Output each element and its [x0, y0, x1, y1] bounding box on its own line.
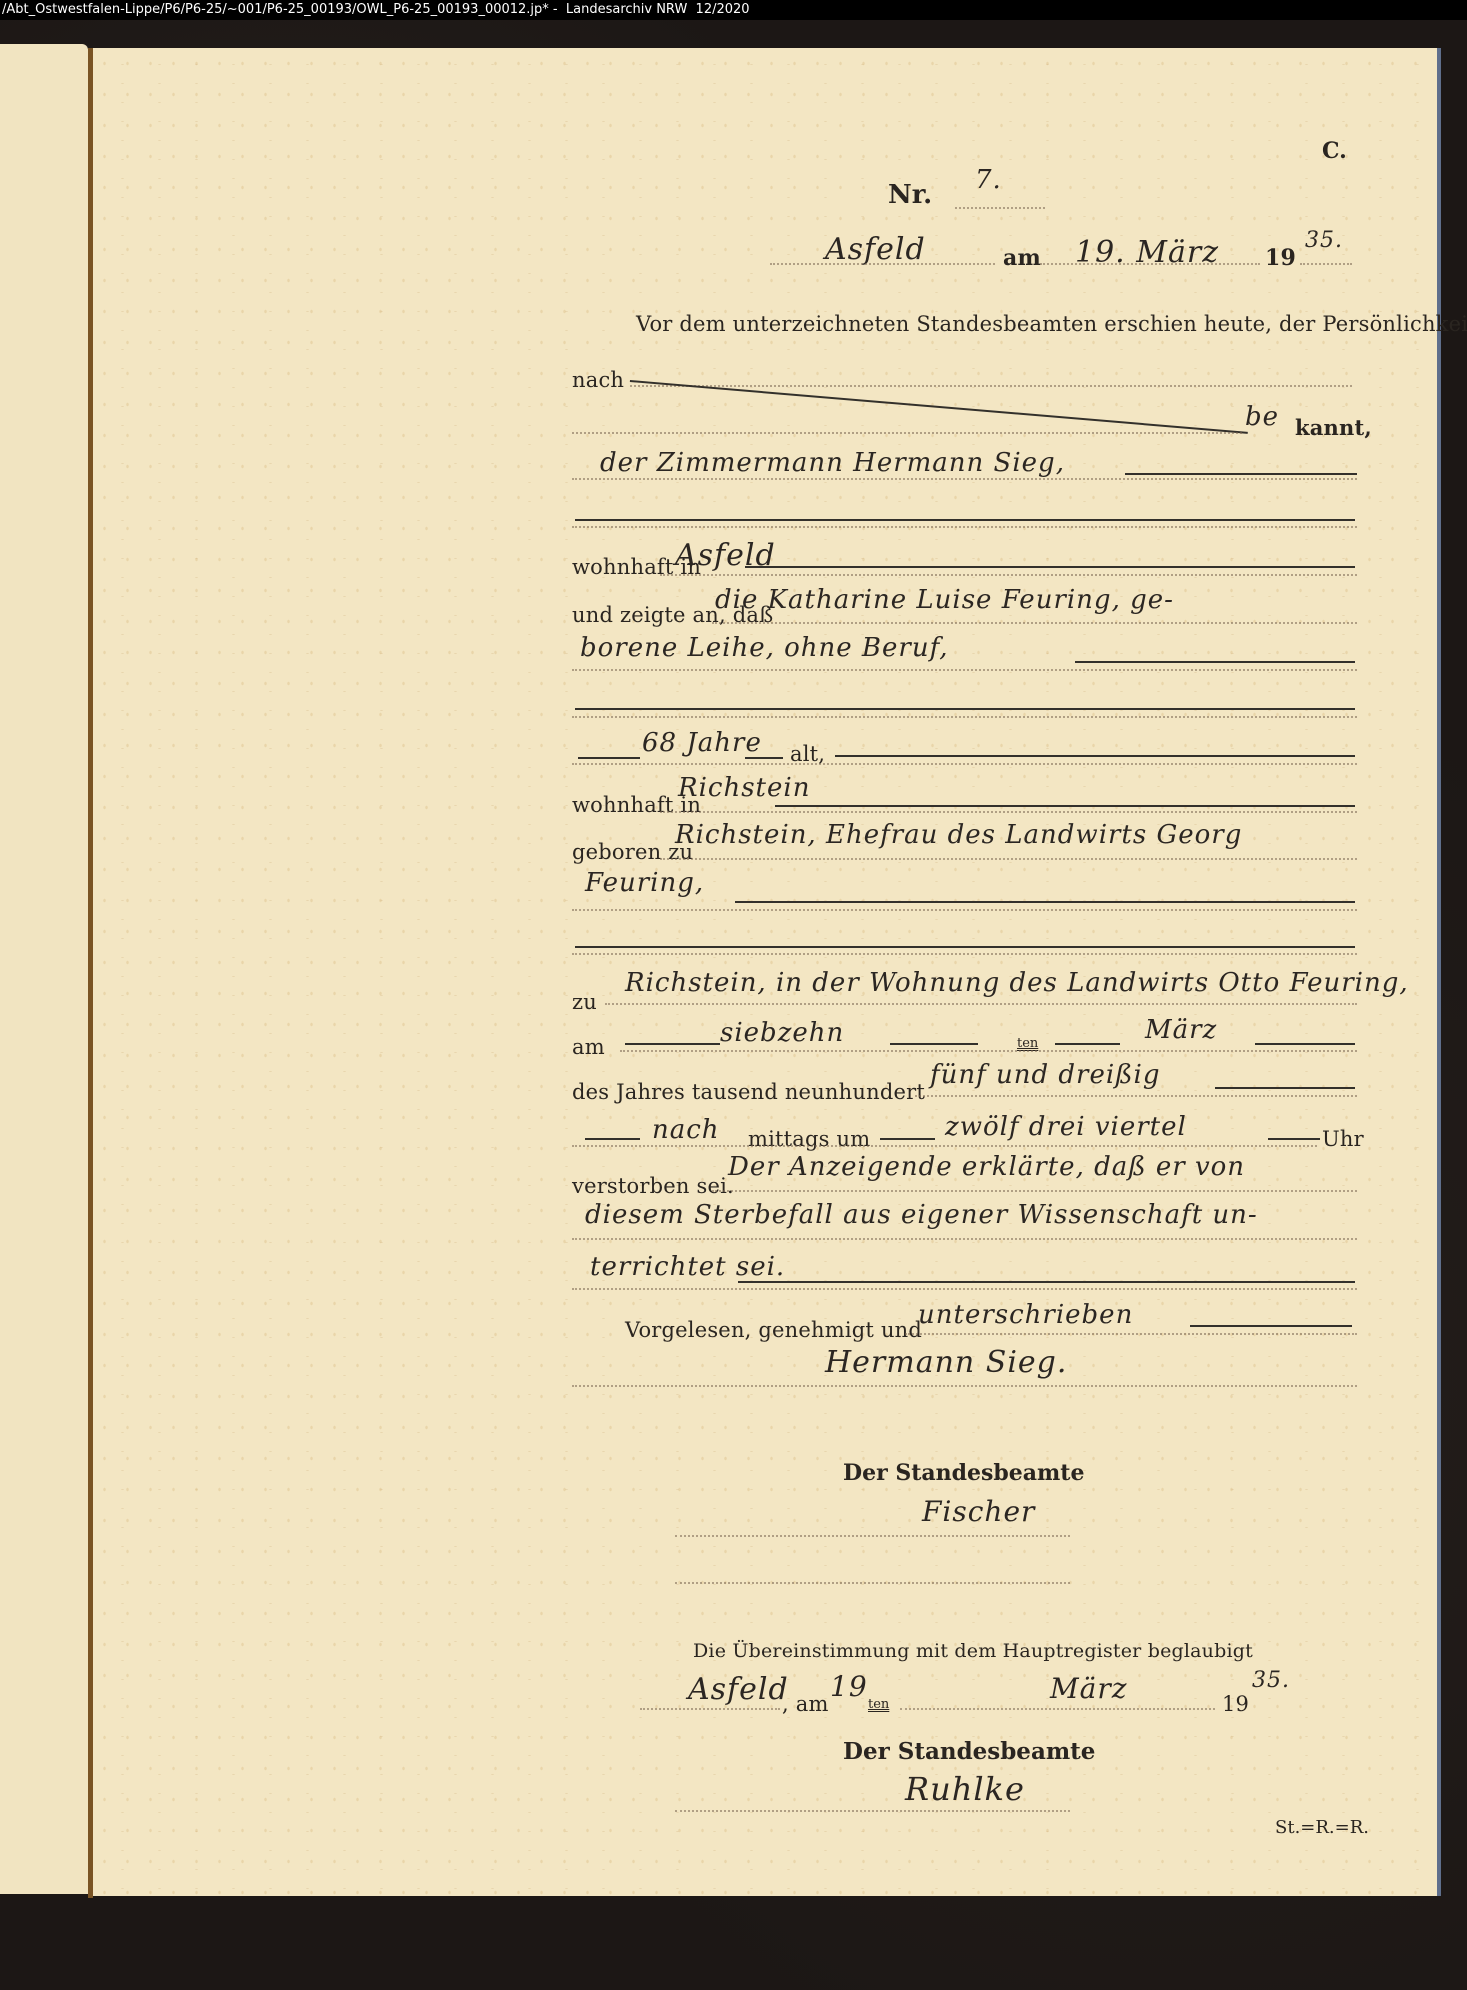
- fill-rule: [1255, 1043, 1355, 1045]
- cert-year-suffix: 35.: [1252, 1668, 1290, 1693]
- deceased-line-2: borene Leihe, ohne Beruf,: [580, 633, 949, 663]
- dotted-line: [605, 1003, 1357, 1005]
- nr-dotted-line: [955, 207, 1045, 209]
- dotted-line: [660, 811, 1357, 813]
- fill-rule: [625, 1043, 720, 1045]
- dotted-line: [572, 432, 1242, 434]
- unterschrieben-handwritten: unterschrieben: [918, 1300, 1133, 1330]
- jahres-label: des Jahres tausend neunhundert: [572, 1080, 925, 1104]
- dotted-line: [572, 526, 1357, 528]
- dotted-line: [712, 1190, 1357, 1192]
- dotted-line: [675, 1582, 1070, 1584]
- ten-label: ten: [1017, 1036, 1038, 1051]
- fill-rule: [1268, 1138, 1320, 1140]
- birth-line-2: Feuring,: [585, 868, 704, 898]
- fill-rule: [1190, 1325, 1352, 1327]
- be-handwritten: be: [1245, 402, 1279, 432]
- verstorben-label: verstorben sei.: [572, 1174, 734, 1198]
- registrar-signature: Fischer: [922, 1495, 1035, 1528]
- fill-rule: [890, 1043, 978, 1045]
- informant-signature: Hermann Sieg.: [825, 1345, 1067, 1380]
- vor-nach-handwritten: nach: [652, 1115, 720, 1145]
- certification-text: Die Übereinstimmung mit dem Hauptregiste…: [693, 1640, 1253, 1662]
- footer-code: St.=R.=R.: [1275, 1817, 1369, 1838]
- fill-rule: [835, 755, 1355, 757]
- registry-place: Asfeld: [825, 232, 926, 267]
- uhr-label: Uhr: [1322, 1127, 1364, 1151]
- death-month: März: [1145, 1015, 1217, 1045]
- dotted-line: [660, 574, 1357, 576]
- cert-day: 19: [830, 1670, 868, 1703]
- dotted-line: [712, 622, 1357, 624]
- deceased-residence: Richstein: [678, 773, 810, 803]
- nach-label: nach: [572, 368, 624, 392]
- dotted-line: [915, 1095, 1357, 1097]
- statement-line-3: terrichtet sei.: [590, 1252, 785, 1282]
- zu-label: zu: [572, 990, 597, 1014]
- dotted-line: [572, 1288, 1357, 1290]
- dotted-line: [572, 1385, 1357, 1387]
- cert-signature: Ruhlke: [905, 1770, 1025, 1808]
- death-time: zwölf drei viertel: [945, 1112, 1187, 1142]
- dotted-line: [630, 385, 1352, 387]
- dotted-line: [900, 1708, 1215, 1710]
- vorgelesen-label: Vorgelesen, genehmigt und: [625, 1318, 922, 1342]
- fill-rule: [575, 519, 1355, 521]
- facing-page-edge: [0, 44, 88, 1894]
- fill-rule: [775, 805, 1355, 807]
- fill-rule: [1125, 473, 1357, 475]
- statement-line-1: Der Anzeigende erklärte, daß er von: [728, 1152, 1245, 1182]
- cert-year-prefix: 19: [1222, 1692, 1249, 1716]
- fill-rule: [575, 946, 1355, 948]
- entry-number: 7.: [975, 165, 1002, 195]
- statement-line-2: diesem Sterbefall aus eigener Wissenscha…: [585, 1200, 1258, 1230]
- dotted-line: [905, 1333, 1357, 1335]
- fill-rule: [575, 708, 1355, 710]
- form-code: C.: [1322, 138, 1347, 164]
- dotted-line: [675, 1535, 1070, 1537]
- informant-name: der Zimmermann Hermann Sieg,: [600, 448, 1065, 478]
- birth-line-1: Richstein, Ehefrau des Landwirts Georg: [675, 820, 1242, 850]
- kannt-label: kannt,: [1295, 415, 1372, 440]
- death-day: siebzehn: [720, 1018, 844, 1048]
- year-dotted-line: [1300, 263, 1352, 265]
- fill-rule: [880, 1138, 935, 1140]
- dotted-line: [660, 858, 1357, 860]
- dotted-line: [620, 1050, 1357, 1052]
- mittags-label: mittags um: [748, 1127, 870, 1151]
- cert-am-label: , am: [782, 1692, 829, 1716]
- year-suffix: 35.: [1305, 228, 1343, 253]
- cert-place: Asfeld: [688, 1672, 789, 1707]
- fill-rule: [738, 1281, 1355, 1283]
- intro-text: Vor dem unterzeichneten Standesbeamten e…: [636, 312, 1467, 336]
- date-dotted-line: [1040, 263, 1260, 265]
- dotted-line: [572, 716, 1357, 718]
- cert-registrar-title: Der Standesbeamte: [843, 1738, 1095, 1765]
- am-label-2: am: [572, 1035, 605, 1059]
- fill-rule: [1215, 1087, 1355, 1089]
- am-label: am: [1003, 245, 1041, 271]
- fill-rule: [735, 901, 1355, 903]
- year-prefix: 19: [1265, 245, 1296, 271]
- fill-rule: [1075, 661, 1355, 663]
- deceased-line-1: die Katharine Luise Feuring, ge-: [715, 585, 1174, 615]
- dotted-line: [572, 1238, 1357, 1240]
- dotted-line: [572, 669, 1357, 671]
- death-place: Richstein, in der Wohnung des Landwirts …: [625, 968, 1409, 998]
- cert-month: März: [1050, 1672, 1128, 1705]
- death-year: fünf und dreißig: [930, 1060, 1161, 1090]
- nr-label: Nr.: [888, 180, 932, 210]
- fill-rule: [1055, 1043, 1120, 1045]
- deceased-age: 68 Jahre: [642, 728, 762, 758]
- fill-rule: [578, 757, 640, 759]
- registrar-title: Der Standesbeamte: [843, 1460, 1084, 1486]
- dotted-line: [572, 953, 1357, 955]
- dotted-line: [572, 478, 1357, 480]
- fill-rule: [585, 1138, 640, 1140]
- viewer-title-bar: /Abt_Ostwestfalen-Lippe/P6/P6-25/~001/P6…: [0, 0, 1467, 20]
- cert-ten-label: ten: [868, 1697, 889, 1712]
- dotted-line: [572, 763, 1357, 765]
- fill-rule: [745, 757, 783, 759]
- dotted-line: [572, 1145, 1317, 1147]
- dotted-line: [572, 909, 1357, 911]
- dotted-line: [640, 1708, 780, 1710]
- dotted-line: [675, 1810, 1070, 1812]
- fill-rule: [745, 566, 1355, 568]
- place-dotted-line: [770, 263, 995, 265]
